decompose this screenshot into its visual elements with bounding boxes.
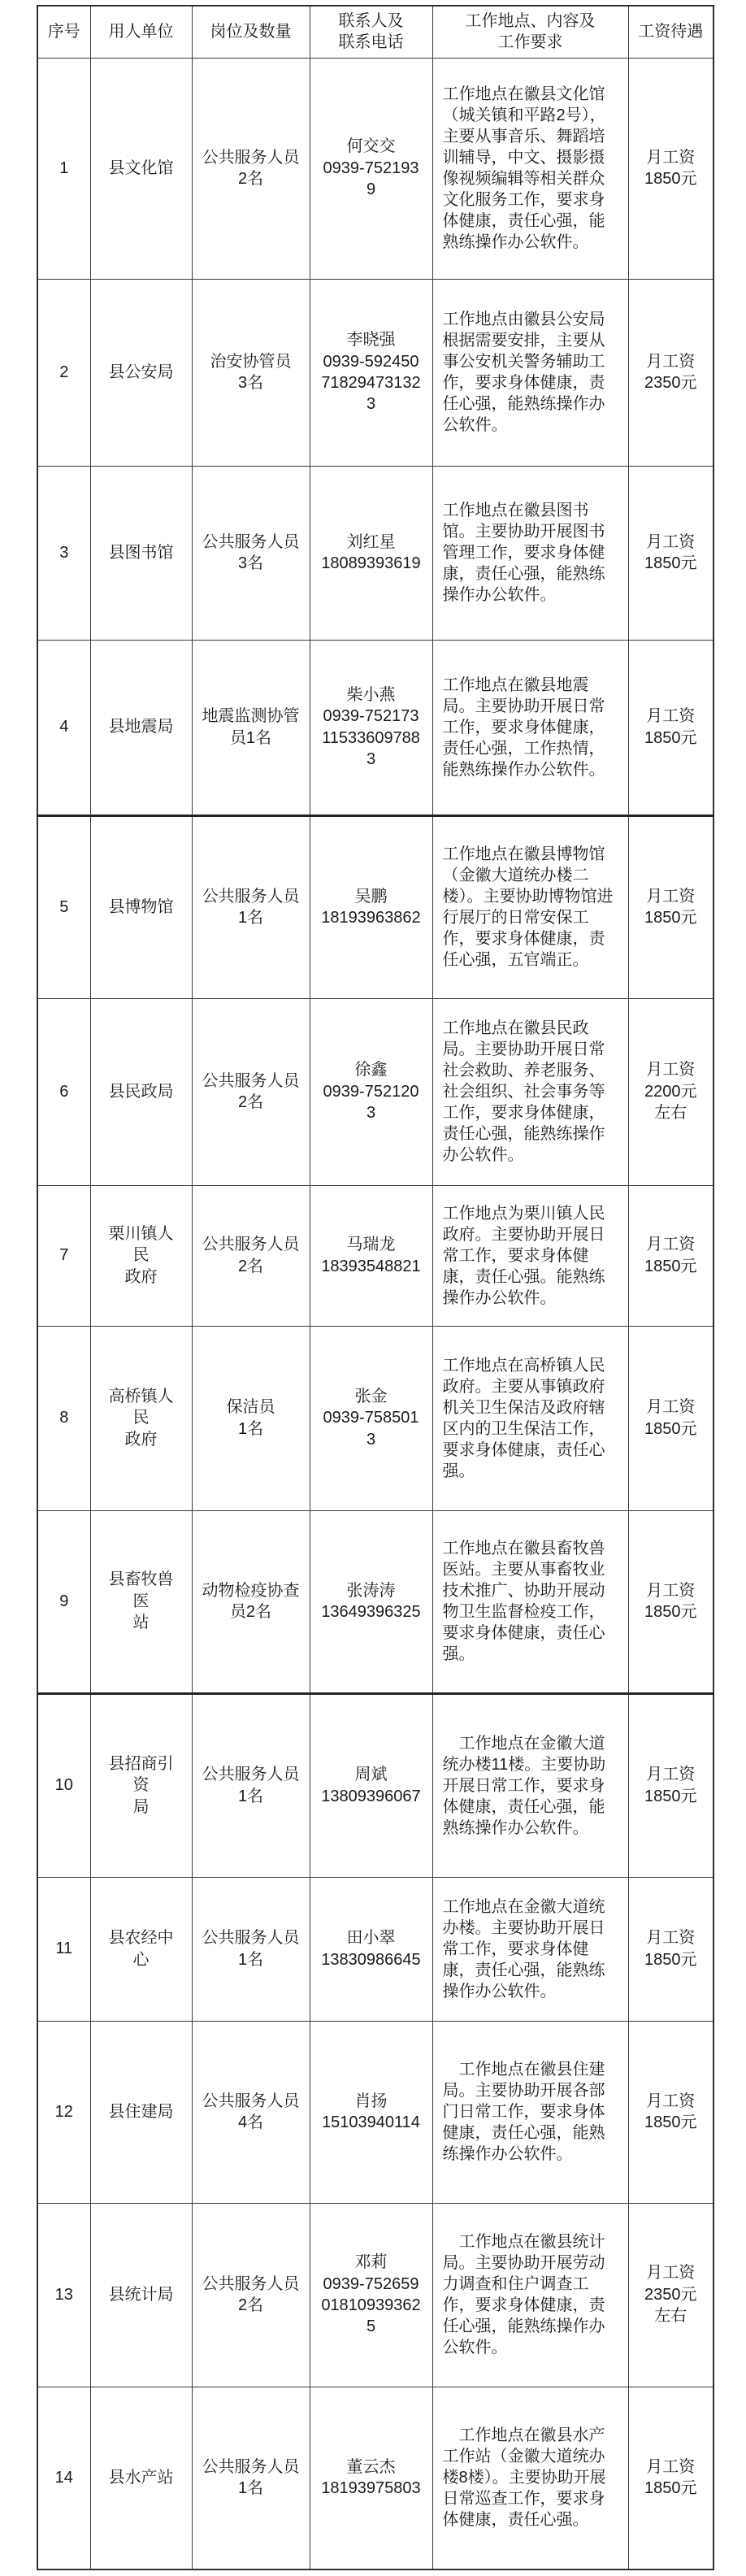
- job-description-cell: 工作地点为栗川镇人民政府。主要协助开展日常工作，要求身体健康，责任心强。能熟练操…: [432, 1185, 628, 1326]
- employer-line: 县公安局: [103, 362, 180, 383]
- salary-line: 2350元: [635, 372, 707, 393]
- serial-number-cell: 6: [37, 998, 90, 1185]
- position-cell: 公共服务人员1名: [192, 1877, 310, 2021]
- column-header-line: 联系电话: [315, 32, 427, 53]
- serial-number-cell: 3: [37, 466, 90, 640]
- contact-phone-line: 0939-752193: [319, 158, 424, 179]
- salary-cell: 月工资1850元: [628, 815, 713, 998]
- position-line: 1名: [199, 907, 303, 928]
- serial-number-cell: 2: [37, 279, 90, 466]
- column-header: 工资待遇: [628, 6, 713, 58]
- column-header-line: 工作地点、内容及: [438, 11, 623, 32]
- contact-name: 马瑞龙: [319, 1234, 424, 1255]
- salary-line: 月工资: [635, 2262, 707, 2283]
- contact-cell: 张金0939-7585013: [310, 1326, 432, 1510]
- employer-line: 县水产站: [103, 2467, 180, 2488]
- serial-number-cell: 1: [37, 58, 90, 279]
- employer-cell: 县招商引资局: [90, 1693, 192, 1877]
- employer-line: 政府: [103, 1429, 180, 1450]
- position-line: 3名: [199, 553, 303, 574]
- contact-phone-line: 3: [319, 1102, 424, 1123]
- contact-cell: 张涛涛13649396325: [310, 1510, 432, 1693]
- position-line: 治安协管员: [199, 351, 303, 372]
- salary-cell: 月工资2200元左右: [628, 998, 713, 1185]
- contact-cell: 吴鹏18193963862: [310, 815, 432, 998]
- salary-cell: 月工资1850元: [628, 640, 713, 815]
- serial-number-cell: 11: [37, 1877, 90, 2021]
- table-row: 4县地震局地震监测协管员1名柴小燕0939-752173115336097883…: [37, 640, 713, 815]
- column-header-line: 序号: [43, 21, 85, 42]
- contact-phone-line: 3: [319, 1429, 424, 1450]
- salary-line: 月工资: [635, 1397, 707, 1418]
- contact-phone-line: 3: [319, 749, 424, 770]
- position-line: 1名: [199, 2478, 303, 2499]
- job-description-cell: 工作地点在徽县统计局。主要协助开展劳动力调查和住户调查工作，要求身体健康，责任心…: [432, 2203, 628, 2387]
- column-header: 岗位及数量: [192, 6, 310, 58]
- serial-number-cell: 13: [37, 2203, 90, 2387]
- job-description-cell: 工作地点在金徽大道统办楼11楼。主要协助开展日常工作，要求身体健康，责任心强，能…: [432, 1693, 628, 1877]
- contact-phone-line: 0939-752120: [319, 1081, 424, 1102]
- contact-cell: 徐鑫0939-7521203: [310, 998, 432, 1185]
- salary-cell: 月工资1850元: [628, 58, 713, 279]
- position-line: 4名: [199, 2112, 303, 2133]
- salary-line: 1850元: [635, 2478, 707, 2499]
- contact-phone-line: 13830986645: [319, 1949, 424, 1970]
- contact-cell: 周斌13809396067: [310, 1693, 432, 1877]
- salary-line: 1850元: [635, 1418, 707, 1440]
- employer-line: 县农经中心: [103, 1927, 180, 1970]
- salary-line: 1850元: [635, 1256, 707, 1277]
- employer-line: 县统计局: [103, 2284, 180, 2305]
- position-line: 1名: [199, 1786, 303, 1807]
- position-line: 2名: [199, 1092, 303, 1113]
- contact-phone-line: 0939-752173: [319, 706, 424, 727]
- contact-phone-line: 5: [319, 2316, 424, 2337]
- serial-number-cell: 8: [37, 1326, 90, 1510]
- position-line: 1名: [199, 1949, 303, 1970]
- contact-phone-line: 18193963862: [319, 907, 424, 928]
- salary-line: 月工资: [635, 351, 707, 372]
- employer-cell: 县水产站: [90, 2387, 192, 2569]
- salary-line: 2200元: [635, 1081, 707, 1102]
- position-line: 动物检疫协查: [199, 1580, 303, 1601]
- column-header: 工作地点、内容及工作要求: [432, 6, 628, 58]
- column-header: 联系人及联系电话: [310, 6, 432, 58]
- column-header-line: 工作要求: [438, 32, 623, 53]
- contact-phone-line: 01810939362: [319, 2295, 424, 2316]
- employer-cell: 县畜牧兽医站: [90, 1510, 192, 1693]
- position-cell: 治安协管员3名: [192, 279, 310, 466]
- contact-name: 肖扬: [319, 2091, 424, 2112]
- salary-line: 左右: [635, 2305, 707, 2326]
- contact-cell: 邓莉0939-752659018109393625: [310, 2203, 432, 2387]
- contact-cell: 田小翠13830986645: [310, 1877, 432, 2021]
- job-description-cell: 工作地点在徽县文化馆（城关镇和平路2号），主要从事音乐、舞蹈培训辅导，中文、摄影…: [432, 58, 628, 279]
- table-row: 9县畜牧兽医站动物检疫协查员2名张涛涛13649396325工作地点在徽县畜牧兽…: [37, 1510, 713, 1693]
- contact-name: 李晓强: [319, 329, 424, 350]
- table-row: 10县招商引资局公共服务人员1名周斌13809396067 工作地点在金徽大道统…: [37, 1693, 713, 1877]
- contact-phone-line: 11533609788: [319, 728, 424, 749]
- position-line: 员2名: [199, 1601, 303, 1622]
- column-header-line: 联系人及: [315, 11, 427, 32]
- salary-cell: 月工资1850元: [628, 1185, 713, 1326]
- contact-phone-line: 13649396325: [319, 1601, 424, 1622]
- position-cell: 地震监测协管员1名: [192, 640, 310, 815]
- employer-line: 县文化馆: [103, 158, 180, 179]
- salary-line: 月工资: [635, 1059, 707, 1080]
- salary-line: 月工资: [635, 2457, 707, 2478]
- contact-phone-line: 71829473132: [319, 372, 424, 393]
- serial-number-cell: 4: [37, 640, 90, 815]
- contact-phone-line: 15103940114: [319, 2112, 424, 2133]
- salary-line: 月工资: [635, 706, 707, 727]
- contact-phone-line: 9: [319, 179, 424, 200]
- position-line: 公共服务人员: [199, 1764, 303, 1785]
- contact-name: 柴小燕: [319, 684, 424, 706]
- table-row: 5县博物馆公共服务人员1名吴鹏18193963862工作地点在徽县博物馆（金徽大…: [37, 815, 713, 998]
- table-row: 13县统计局公共服务人员2名邓莉0939-752659018109393625 …: [37, 2203, 713, 2387]
- position-line: 公共服务人员: [199, 2091, 303, 2112]
- employer-line: 县招商引资: [103, 1753, 180, 1796]
- position-line: 保洁员: [199, 1397, 303, 1418]
- job-description-cell: 工作地点在徽县水产工作站（金徽大道统办楼8楼）。主要协助开展日常巡查工作，要求身…: [432, 2387, 628, 2569]
- contact-name: 徐鑫: [319, 1059, 424, 1080]
- table-row: 14县水产站公共服务人员1名董云杰18193975803 工作地点在徽县水产工作…: [37, 2387, 713, 2569]
- salary-cell: 月工资1850元: [628, 466, 713, 640]
- employer-line: 县图书馆: [103, 542, 180, 563]
- job-description-cell: 工作地点在金徽大道统办楼。主要协助开展日常工作，要求身体健康，责任心强，能熟练操…: [432, 1877, 628, 2021]
- table-row: 2县公安局治安协管员3名李晓强0939-592450718294731323工作…: [37, 279, 713, 466]
- salary-line: 月工资: [635, 1927, 707, 1948]
- salary-line: 1850元: [635, 168, 707, 189]
- salary-cell: 月工资2350元: [628, 279, 713, 466]
- contact-phone-line: 0939-758501: [319, 1407, 424, 1428]
- salary-line: 左右: [635, 1102, 707, 1123]
- salary-line: 1850元: [635, 1949, 707, 1970]
- employer-line: 县民政局: [103, 1081, 180, 1102]
- column-header-line: 岗位及数量: [197, 21, 305, 42]
- employer-line: 县畜牧兽医: [103, 1569, 180, 1612]
- employer-line: 县地震局: [103, 716, 180, 737]
- contact-name: 张涛涛: [319, 1580, 424, 1601]
- table-row: 7栗川镇人民政府公共服务人员2名马瑞龙18393548821工作地点为栗川镇人民…: [37, 1185, 713, 1326]
- contact-cell: 马瑞龙18393548821: [310, 1185, 432, 1326]
- serial-number-cell: 14: [37, 2387, 90, 2569]
- table-row: 6县民政局公共服务人员2名徐鑫0939-7521203工作地点在徽县民政局。主要…: [37, 998, 713, 1185]
- contact-name: 邓莉: [319, 2252, 424, 2273]
- employer-line: 局: [103, 1796, 180, 1818]
- column-header: 序号: [37, 6, 90, 58]
- position-line: 地震监测协管: [199, 706, 303, 727]
- contact-phone-line: 0939-752659: [319, 2274, 424, 2295]
- salary-cell: 月工资1850元: [628, 1510, 713, 1693]
- contact-phone-line: 13809396067: [319, 1786, 424, 1807]
- column-header-line: 工资待遇: [634, 21, 709, 42]
- contact-cell: 董云杰18193975803: [310, 2387, 432, 2569]
- salary-cell: 月工资2350元左右: [628, 2203, 713, 2387]
- job-description-cell: 工作地点在徽县图书馆。主要协助开展图书管理工作，要求身体健康，责任心强，能熟练操…: [432, 466, 628, 640]
- position-line: 公共服务人员: [199, 532, 303, 553]
- salary-line: 1850元: [635, 1601, 707, 1622]
- table-row: 12县住建局公共服务人员4名肖扬15103940114 工作地点在徽县住建局。主…: [37, 2021, 713, 2203]
- employer-line: 栗川镇人民: [103, 1223, 180, 1266]
- salary-line: 1850元: [635, 1786, 707, 1807]
- table-row: 1县文化馆公共服务人员2名何交交0939-7521939工作地点在徽县文化馆（城…: [37, 58, 713, 279]
- salary-cell: 月工资1850元: [628, 1877, 713, 2021]
- position-line: 公共服务人员: [199, 2274, 303, 2295]
- position-cell: 公共服务人员2名: [192, 998, 310, 1185]
- position-cell: 公共服务人员3名: [192, 466, 310, 640]
- employer-cell: 县民政局: [90, 998, 192, 1185]
- employer-line: 县住建局: [103, 2101, 180, 2122]
- job-description-cell: 工作地点在徽县畜牧兽医站。主要从事畜牧业技术推广、协助开展动物卫生监督检疫工作，…: [432, 1510, 628, 1693]
- page: 序号用人单位岗位及数量联系人及联系电话工作地点、内容及工作要求工资待遇 1县文化…: [0, 0, 746, 2576]
- position-cell: 公共服务人员2名: [192, 58, 310, 279]
- salary-cell: 月工资1850元: [628, 1693, 713, 1877]
- contact-cell: 何交交0939-7521939: [310, 58, 432, 279]
- employer-cell: 县博物馆: [90, 815, 192, 998]
- employer-cell: 县文化馆: [90, 58, 192, 279]
- table-row: 11县农经中心公共服务人员1名田小翠13830986645工作地点在金徽大道统办…: [37, 1877, 713, 2021]
- salary-cell: 月工资1850元: [628, 2021, 713, 2203]
- recruitment-table-wrapper: 序号用人单位岗位及数量联系人及联系电话工作地点、内容及工作要求工资待遇 1县文化…: [37, 5, 714, 2570]
- serial-number-cell: 7: [37, 1185, 90, 1326]
- salary-line: 月工资: [635, 1580, 707, 1601]
- header-row: 序号用人单位岗位及数量联系人及联系电话工作地点、内容及工作要求工资待遇: [37, 6, 713, 58]
- position-cell: 公共服务人员1名: [192, 1693, 310, 1877]
- contact-cell: 肖扬15103940114: [310, 2021, 432, 2203]
- job-description-cell: 工作地点在徽县民政局。主要协助开展日常社会救助、养老服务、社会组织、社会事务等工…: [432, 998, 628, 1185]
- position-line: 公共服务人员: [199, 1927, 303, 1948]
- contact-name: 董云杰: [319, 2457, 424, 2478]
- salary-line: 月工资: [635, 2091, 707, 2112]
- contact-name: 吴鹏: [319, 886, 424, 907]
- employer-cell: 高桥镇人民政府: [90, 1326, 192, 1510]
- salary-line: 月工资: [635, 1234, 707, 1255]
- contact-phone-line: 3: [319, 393, 424, 415]
- position-line: 公共服务人员: [199, 1071, 303, 1092]
- contact-name: 何交交: [319, 136, 424, 157]
- employer-cell: 县农经中心: [90, 1877, 192, 2021]
- position-cell: 公共服务人员2名: [192, 2203, 310, 2387]
- employer-line: 县博物馆: [103, 897, 180, 918]
- position-cell: 公共服务人员4名: [192, 2021, 310, 2203]
- salary-cell: 月工资1850元: [628, 1326, 713, 1510]
- serial-number-cell: 12: [37, 2021, 90, 2203]
- salary-line: 1850元: [635, 553, 707, 574]
- job-description-cell: 工作地点在徽县地震局。主要协助开展日常工作，要求身体健康，责任心强，工作热情，能…: [432, 640, 628, 815]
- employer-cell: 县公安局: [90, 279, 192, 466]
- salary-line: 月工资: [635, 147, 707, 168]
- position-line: 2名: [199, 2295, 303, 2316]
- contact-cell: 李晓强0939-592450718294731323: [310, 279, 432, 466]
- position-cell: 保洁员1名: [192, 1326, 310, 1510]
- salary-cell: 月工资1850元: [628, 2387, 713, 2569]
- salary-line: 月工资: [635, 886, 707, 907]
- salary-line: 月工资: [635, 532, 707, 553]
- employer-cell: 县住建局: [90, 2021, 192, 2203]
- serial-number-cell: 5: [37, 815, 90, 998]
- job-description-cell: 工作地点在高桥镇人民政府。主要从事镇政府机关卫生保洁及政府辖区内的卫生保洁工作，…: [432, 1326, 628, 1510]
- position-line: 公共服务人员: [199, 2457, 303, 2478]
- contact-name: 周斌: [319, 1764, 424, 1785]
- table-header: 序号用人单位岗位及数量联系人及联系电话工作地点、内容及工作要求工资待遇: [37, 6, 713, 58]
- table-row: 8高桥镇人民政府保洁员1名张金0939-7585013工作地点在高桥镇人民政府。…: [37, 1326, 713, 1510]
- salary-line: 1850元: [635, 2112, 707, 2133]
- employer-line: 高桥镇人民: [103, 1386, 180, 1429]
- position-cell: 公共服务人员1名: [192, 815, 310, 998]
- position-line: 公共服务人员: [199, 886, 303, 907]
- contact-cell: 柴小燕0939-752173115336097883: [310, 640, 432, 815]
- contact-phone-line: 18193975803: [319, 2478, 424, 2499]
- position-line: 2名: [199, 1256, 303, 1277]
- contact-cell: 刘红星18089393619: [310, 466, 432, 640]
- contact-name: 田小翠: [319, 1927, 424, 1948]
- position-cell: 动物检疫协查员2名: [192, 1510, 310, 1693]
- employer-cell: 县地震局: [90, 640, 192, 815]
- position-line: 3名: [199, 372, 303, 393]
- position-line: 公共服务人员: [199, 147, 303, 168]
- job-description-cell: 工作地点在徽县博物馆（金徽大道统办楼二楼）。主要协助博物馆进行展厅的日常安保工作…: [432, 815, 628, 998]
- position-cell: 公共服务人员1名: [192, 2387, 310, 2569]
- employer-line: 政府: [103, 1266, 180, 1288]
- contact-phone-line: 18393548821: [319, 1256, 424, 1277]
- table-body: 1县文化馆公共服务人员2名何交交0939-7521939工作地点在徽县文化馆（城…: [37, 58, 713, 2569]
- contact-phone-line: 0939-592450: [319, 351, 424, 372]
- salary-line: 月工资: [635, 1764, 707, 1785]
- table-row: 3县图书馆公共服务人员3名刘红星18089393619工作地点在徽县图书馆。主要…: [37, 466, 713, 640]
- contact-name: 张金: [319, 1386, 424, 1407]
- salary-line: 2350元: [635, 2284, 707, 2305]
- column-header: 用人单位: [90, 6, 192, 58]
- column-header-line: 用人单位: [96, 21, 187, 42]
- salary-line: 1850元: [635, 728, 707, 749]
- position-line: 1名: [199, 1418, 303, 1440]
- employer-cell: 县统计局: [90, 2203, 192, 2387]
- position-line: 公共服务人员: [199, 1234, 303, 1255]
- contact-name: 刘红星: [319, 532, 424, 553]
- position-cell: 公共服务人员2名: [192, 1185, 310, 1326]
- position-line: 2名: [199, 168, 303, 189]
- position-line: 员1名: [199, 728, 303, 749]
- employer-cell: 县图书馆: [90, 466, 192, 640]
- serial-number-cell: 10: [37, 1693, 90, 1877]
- recruitment-table: 序号用人单位岗位及数量联系人及联系电话工作地点、内容及工作要求工资待遇 1县文化…: [37, 5, 714, 2570]
- employer-cell: 栗川镇人民政府: [90, 1185, 192, 1326]
- contact-phone-line: 18089393619: [319, 553, 424, 574]
- job-description-cell: 工作地点在徽县住建局。主要协助开展各部门日常工作，要求身体健康，责任心强，能熟练…: [432, 2021, 628, 2203]
- salary-line: 1850元: [635, 907, 707, 928]
- job-description-cell: 工作地点由徽县公安局根据需要安排，主要从事公安机关警务辅助工作，要求身体健康，责…: [432, 279, 628, 466]
- employer-line: 站: [103, 1612, 180, 1633]
- serial-number-cell: 9: [37, 1510, 90, 1693]
